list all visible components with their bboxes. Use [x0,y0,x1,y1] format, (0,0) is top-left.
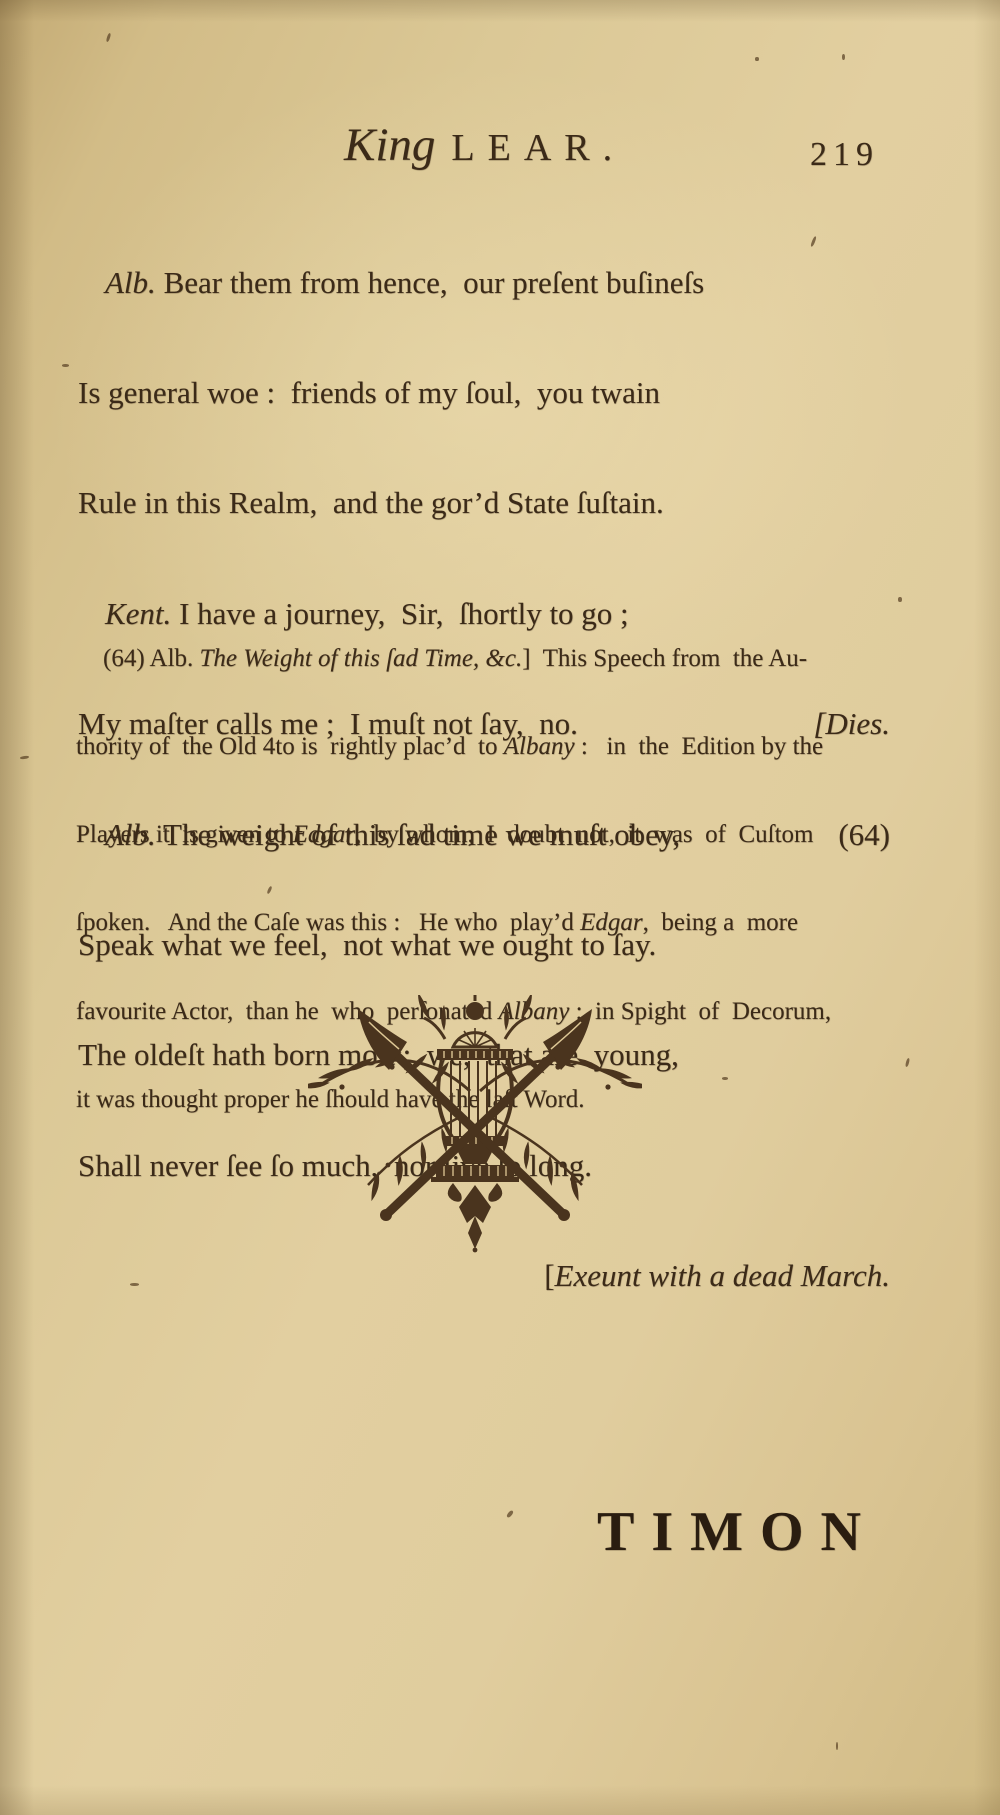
running-title-caps: LEAR. [451,127,625,169]
verse-line: Is general woe : friends of my ſoul, you… [78,375,890,412]
paper-speck [898,597,902,602]
verse-line: Alb. Bear them from hence, our preſent b… [78,265,890,302]
paper-speck [130,1283,139,1286]
paper-speck [722,1077,728,1080]
verse-line: Rule in this Realm, and the gor’d State … [78,485,890,522]
paper-speck [106,33,112,42]
lyre-icon [424,995,526,1182]
paper-speck [755,57,759,61]
book-page: KingLEAR. 219 Alb. Bear them from hence,… [0,0,1000,1815]
footnote-line: Players it is given to Edgar, by whom, I… [76,820,898,849]
running-title: KingLEAR. [344,118,625,172]
paper-speck [836,1742,838,1750]
page-number: 219 [810,136,879,174]
paper-speck [842,54,845,60]
footnote-line: thority of the Old 4to is rightly plac’d… [76,732,898,761]
tailpiece-ornament [308,995,642,1253]
paper-speck [20,755,29,759]
footnote-line: ſpoken. And the Caſe was this : He who p… [76,908,898,937]
pendant-finial-icon [448,1183,503,1252]
paper-speck [62,364,69,367]
stage-direction-line: [Exeunt with a dead March. [78,1258,890,1295]
paper-speck [905,1058,910,1067]
footnote-line: (64) Alb. The Weight of this ſad Time, &… [76,644,898,673]
running-title-italic: King [344,119,435,171]
catchword-timon: TIMON [597,1500,878,1564]
paper-speck [506,1510,514,1519]
